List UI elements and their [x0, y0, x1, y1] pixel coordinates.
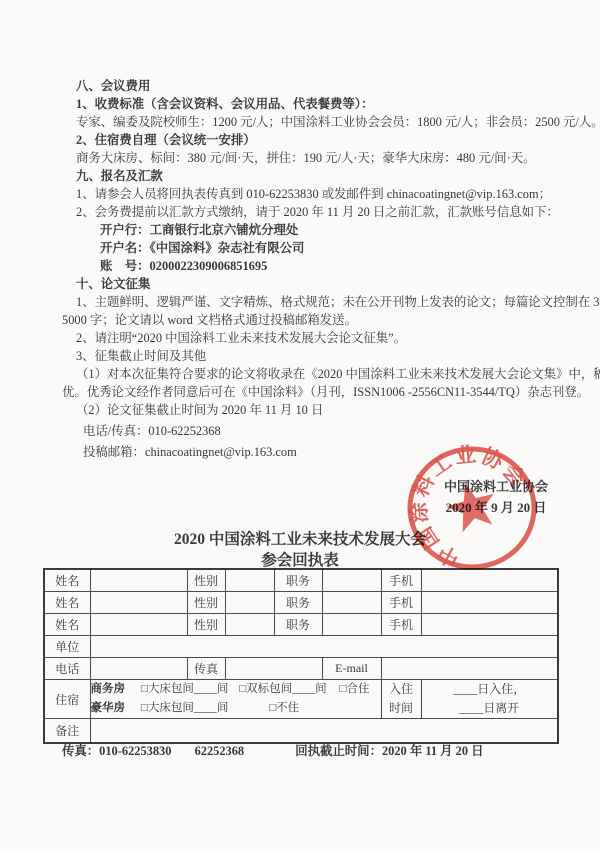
body-line: 3、征集截止时间及其他: [62, 347, 548, 365]
gender-field: [225, 592, 274, 614]
lodging-line-2: 豪华房 □大床包间____间 □不住: [91, 699, 381, 718]
name-label: 姓名: [44, 569, 90, 592]
mobile-label: 手机: [381, 614, 421, 636]
checkbox-option: □合住: [340, 683, 370, 695]
position-label: 职务: [274, 592, 322, 614]
official-seal-stamp: 中国涂料工业协会: [404, 444, 544, 576]
name-field: [90, 569, 187, 592]
checkbox-option: □双标包间____间: [239, 683, 326, 695]
name-label: 姓名: [44, 592, 90, 614]
section-heading: 1、收费标准（含会议资料、会议用品、代表餐费等）：: [62, 95, 548, 113]
mobile-field: [421, 614, 558, 636]
fax-label: 传真: [187, 658, 225, 680]
fax-field: [225, 658, 322, 680]
unit-field: [90, 636, 558, 658]
checkin-label: 入住: [382, 680, 421, 699]
body-line: 商务大床房、标间：380 元/间·天，拼住：190 元/人·天；豪华大床房：48…: [62, 149, 548, 167]
email-field: [381, 658, 558, 680]
body-line: 1、请参会人员将回执表传真到 010-62253830 或发邮件到 chinac…: [62, 185, 548, 203]
lodging-row: 住宿 商务房 □大床包间____间 □双标包间____间 □合住 豪华房 □大床…: [44, 680, 558, 719]
form-footer: 传真：010-62253830 62252368 回执截止时间：2020 年 1…: [62, 741, 484, 759]
contact-row: 电话 传真 E-mail: [44, 658, 558, 680]
time-label: 时间: [382, 699, 421, 718]
email-label: E-mail: [322, 658, 381, 680]
position-field: [322, 592, 381, 614]
footer-deadline: 回执截止时间：2020 年 11 月 20 日: [295, 744, 483, 758]
unit-row: 单位: [44, 636, 558, 658]
reply-table: 姓名 性别 职务 手机 姓名 性别 职务 手机 姓名 性别 职务 手机: [43, 568, 559, 744]
position-field: [322, 569, 381, 592]
name-field: [90, 614, 187, 636]
gender-label: 性别: [187, 569, 225, 592]
checkin-blank-line: ____日入住，: [422, 680, 558, 699]
footer-fax: 传真：010-62253830: [62, 744, 171, 758]
bank-branch-line: 开户行：工商银行北京六铺炕分理处: [62, 221, 548, 239]
body-line: 2、请注明“2020 中国涂料工业未来技术发展大会论文征集”。: [62, 329, 548, 347]
checkin-time-field: ____日入住， ____日离开: [421, 680, 558, 719]
gender-label: 性别: [187, 592, 225, 614]
section-heading: 2、住宿费自理（会议统一安排）: [62, 131, 548, 149]
remark-field: [90, 719, 558, 744]
section-heading: 十、论文征集: [62, 275, 548, 293]
attendee-row-2: 姓名 性别 职务 手机: [44, 592, 558, 614]
body-line: （2）论文征集截止时间为 2020 年 11 月 10 日: [62, 401, 548, 419]
lodging-options-cell: 商务房 □大床包间____间 □双标包间____间 □合住 豪华房 □大床包间_…: [90, 680, 381, 719]
body-line: 1、主题鲜明、逻辑严谨、文字精炼、格式规范；未在公开刊物上发表的论文；每篇论文控…: [62, 293, 548, 311]
gender-field: [225, 614, 274, 636]
body-line: 优。优秀论文经作者同意后可在《中国涂料》（月刊，ISSN1006 -2556CN…: [62, 383, 548, 401]
phone-field: [90, 658, 187, 680]
scanned-document-page: 八、会议费用 1、收费标准（含会议资料、会议用品、代表餐费等）： 专家、编委及院…: [0, 0, 600, 849]
section-heading: 九、报名及汇款: [62, 167, 548, 185]
document-body: 八、会议费用 1、收费标准（含会议资料、会议用品、代表餐费等）： 专家、编委及院…: [62, 77, 548, 461]
unit-label: 单位: [44, 636, 90, 658]
body-line: 2、会务费提前以汇款方式缴纳，请于 2020 年 11 月 20 日之前汇款，汇…: [62, 203, 548, 221]
mobile-field: [421, 592, 558, 614]
remark-row: 备注: [44, 719, 558, 744]
phone-fax-line: 电话/传真：010-62252368: [62, 422, 548, 440]
account-name-line: 开户名：《中国涂料》杂志社有限公司: [62, 239, 548, 257]
name-label: 姓名: [44, 614, 90, 636]
name-field: [90, 592, 187, 614]
body-line: 专家、编委及院校师生：1200 元/人；中国涂料工业协会会员：1800 元/人；…: [62, 113, 548, 131]
seal-star-icon: [441, 476, 501, 534]
checkbox-option: □大床包间____间: [141, 702, 228, 714]
remark-label: 备注: [44, 719, 90, 744]
room-type-deluxe: 豪华房: [91, 702, 126, 714]
body-line: 5000 字；论文请以 word 文档格式通过投稿邮箱发送。: [62, 311, 548, 329]
checkin-time-label: 入住 时间: [381, 680, 421, 719]
checkout-blank-line: ____日离开: [422, 699, 558, 718]
position-label: 职务: [274, 614, 322, 636]
gender-field: [225, 569, 274, 592]
account-number-line: 账 号：0200022309006851695: [62, 257, 548, 275]
lodging-label: 住宿: [44, 680, 90, 719]
gender-label: 性别: [187, 614, 225, 636]
phone-label: 电话: [44, 658, 90, 680]
room-type-business: 商务房: [91, 683, 126, 695]
section-heading: 八、会议费用: [62, 77, 548, 95]
checkbox-option: □大床包间____间: [141, 683, 228, 695]
attendee-row-3: 姓名 性别 职务 手机: [44, 614, 558, 636]
checkbox-option: □不住: [269, 702, 299, 714]
position-label: 职务: [274, 569, 322, 592]
footer-fax2: 62252368: [195, 744, 245, 758]
lodging-line-1: 商务房 □大床包间____间 □双标包间____间 □合住: [91, 680, 381, 699]
position-field: [322, 614, 381, 636]
body-line: （1）对本次征集符合要求的论文将收录在《2020 中国涂料工业未来技术发展大会论…: [62, 365, 548, 383]
mobile-label: 手机: [381, 592, 421, 614]
